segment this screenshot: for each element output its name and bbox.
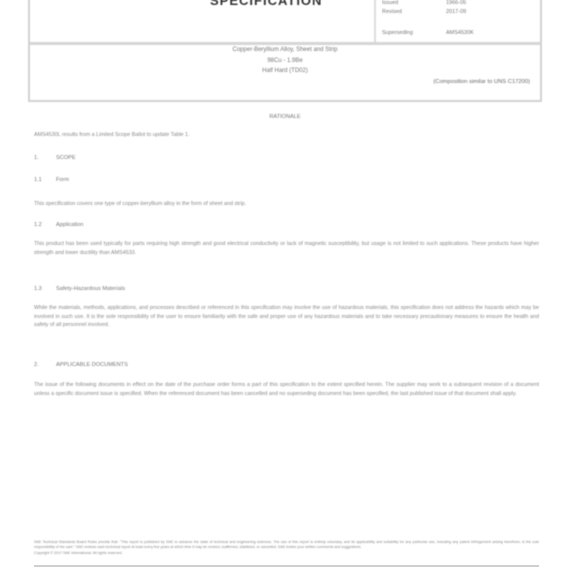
meta-issued: Issued 1966-05 bbox=[382, 0, 398, 6]
material-line-1: Copper-Beryllium Alloy, Sheet and Strip bbox=[30, 45, 540, 56]
rationale-heading: RATIONALE bbox=[0, 114, 570, 120]
document-metadata: Issued 1966-05 Revised 2017-09 Supersedi… bbox=[374, 0, 544, 42]
section-heading: 1.3Safety-Hazardous Materials bbox=[34, 286, 125, 292]
footer-text: SAE Technical Standards Board Rules prov… bbox=[34, 540, 539, 551]
meta-revised: Revised 2017-09 bbox=[382, 9, 402, 15]
material-line-3: Half Hard (TD02) bbox=[30, 66, 540, 77]
material-line-2: 98Cu - 1.9Be bbox=[30, 56, 540, 67]
legal-footer: SAE Technical Standards Board Rules prov… bbox=[34, 540, 539, 556]
section-heading: 1.SCOPE bbox=[34, 155, 76, 161]
section-heading: 1.1Form bbox=[34, 177, 69, 183]
header-top-band: SPECIFICATION Issued 1966-05 Revised 201… bbox=[30, 0, 540, 45]
composition-note: (Composition similar to UNS C17200) bbox=[433, 79, 530, 85]
form-paragraph: This specification covers one type of co… bbox=[34, 200, 539, 209]
section-heading: 1.2Application bbox=[34, 222, 83, 228]
rationale-text: AMS4530L results from a Limited Scope Ba… bbox=[34, 131, 539, 140]
application-paragraph: This product has been used typically for… bbox=[34, 240, 539, 257]
footer-rule bbox=[34, 565, 539, 567]
safety-paragraph: While the materials, methods, applicatio… bbox=[34, 304, 539, 330]
footer-copyright: Copyright © 2017 SAE International. All … bbox=[34, 551, 539, 556]
documents-paragraph: The issue of the following documents in … bbox=[34, 381, 539, 398]
section-heading: 2.APPLICABLE DOCUMENTS bbox=[34, 362, 128, 368]
material-title-block: Copper-Beryllium Alloy, Sheet and Strip … bbox=[30, 45, 540, 77]
meta-superseding: Superseding AMS4530K bbox=[382, 30, 413, 36]
document-header: SPECIFICATION Issued 1966-05 Revised 201… bbox=[28, 0, 542, 102]
document-type-title: SPECIFICATION bbox=[210, 0, 322, 8]
